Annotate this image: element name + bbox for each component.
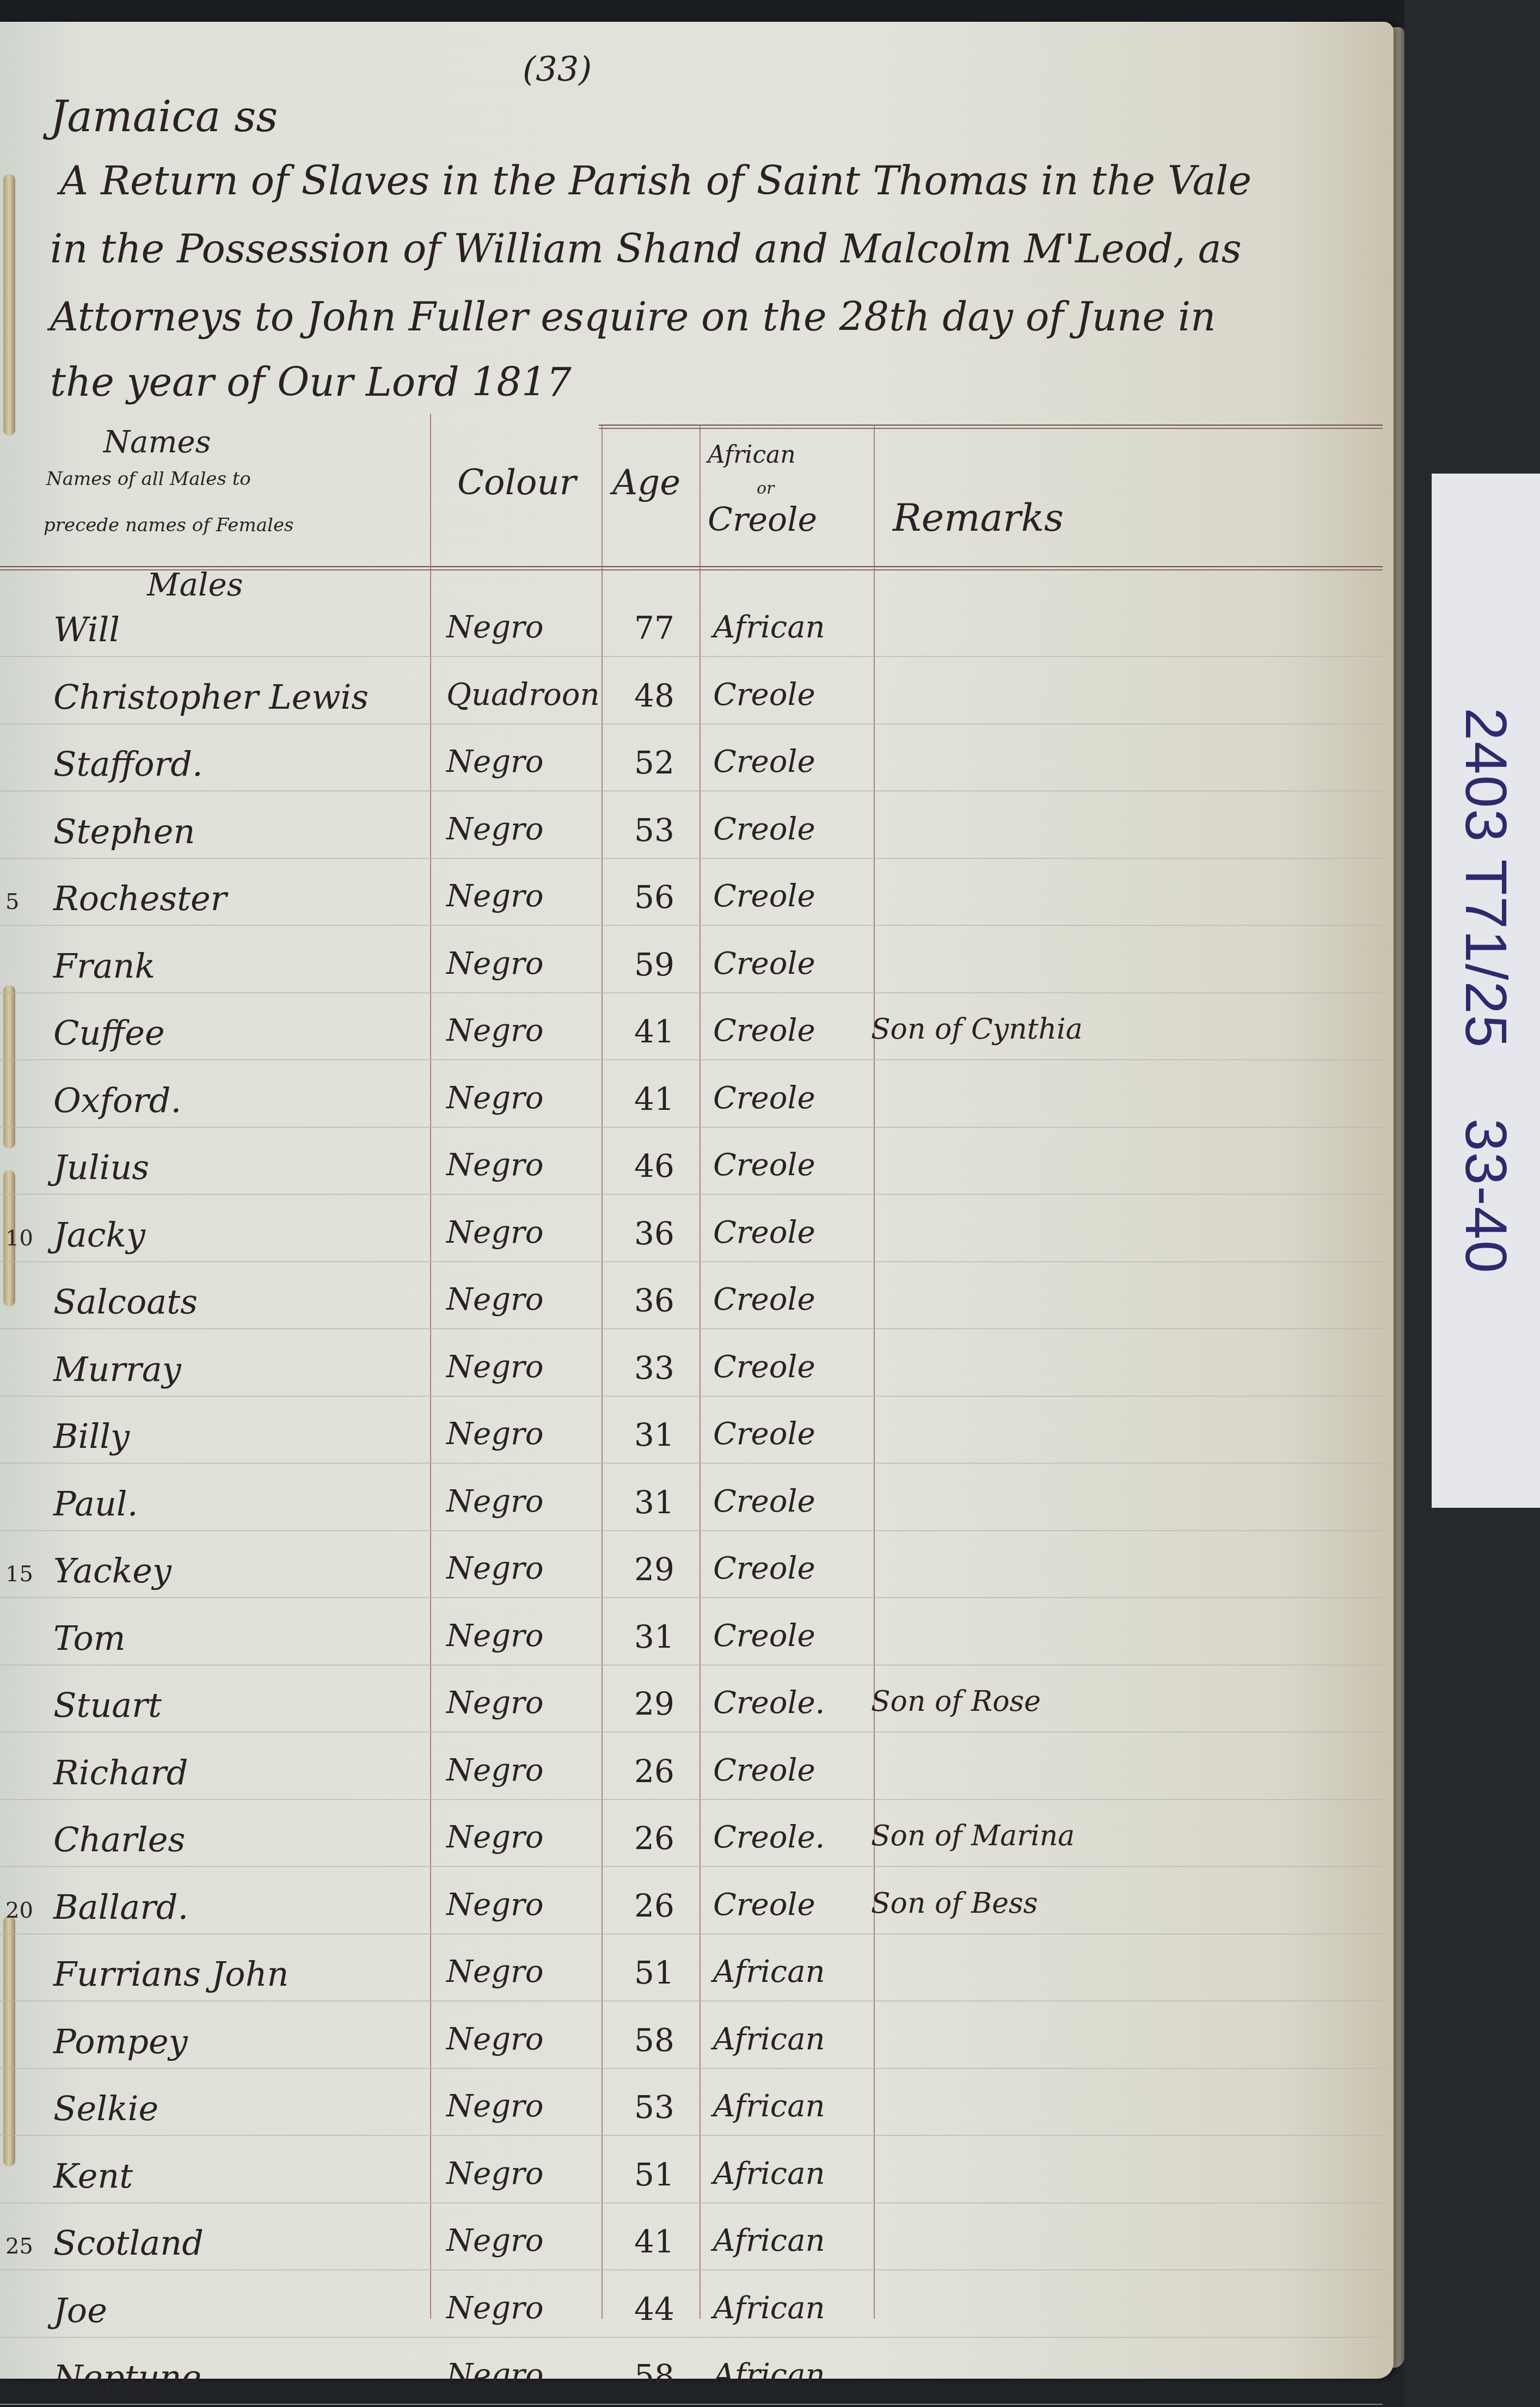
slave-origin: Creole [713,1618,815,1654]
slave-origin: African [713,610,825,645]
ruled-line [0,1665,1383,1666]
slave-colour: Negro [446,2156,543,2191]
slave-age: 41 [634,2223,674,2260]
column-divider [602,425,603,2319]
page-number: (33) [523,49,592,89]
ruled-line [0,1731,1383,1733]
ruled-line [0,1127,1383,1128]
slave-age: 44 [634,2291,674,2328]
slave-origin: African [713,2357,825,2393]
ruled-line [0,2135,1383,2136]
slave-name: Billy [53,1416,130,1456]
ledger-page: (33) Jamaica ss A Return of Slaves in th… [0,22,1394,2379]
ruled-line [0,656,1383,657]
slave-colour: Negro [446,2223,543,2258]
slave-name: Stephen [53,812,195,851]
slave-colour: Negro [446,2022,543,2057]
ruled-line [0,2404,1383,2405]
slave-colour: Negro [446,1349,543,1385]
slave-colour: Negro [446,1685,543,1721]
col-header-origin-3: Creole [708,501,817,539]
slave-colour: Negro [446,2357,543,2393]
slave-age: 29 [634,1685,674,1722]
slave-colour: Negro [446,1820,543,1855]
ruled-line [0,1261,1383,1262]
slave-age: 33 [634,1349,674,1386]
slave-origin: Creole [713,1147,815,1183]
slave-age: 77 [634,610,674,647]
slave-origin: African [713,2089,825,2124]
slave-age: 26 [634,1753,674,1790]
binding-thread [3,985,15,1149]
ruled-line [0,790,1383,791]
slave-origin: Creole [713,1887,815,1923]
slave-origin: Creole [713,1484,815,1519]
slave-origin: Creole [713,1013,815,1048]
slave-remark: Son of Marina [871,1820,1075,1852]
archive-reference: 2403 T71/25 [1453,708,1519,1049]
col-header-origin-1: African [708,441,796,469]
column-divider [430,414,431,2319]
heading-line-3: Attorneys to John Fuller esquire on the … [50,294,1216,340]
binding-thread [3,1916,15,2166]
column-divider [874,425,875,2319]
slave-name: Kent [53,2156,133,2196]
col-header-names-sub1: Names of all Males to [46,468,251,490]
slave-origin: Creole [713,1282,815,1317]
row-number: 20 [5,1898,33,1923]
slave-age: 46 [634,1147,674,1184]
slave-age: 36 [634,1215,674,1252]
ruled-line [0,723,1383,724]
slave-age: 31 [634,1484,674,1521]
slave-colour: Negro [446,2089,543,2124]
ruled-line [0,1463,1383,1464]
col-header-colour: Colour [457,463,576,503]
ruled-line [0,1799,1383,1800]
ruled-line [0,1933,1383,1935]
slave-age: 26 [634,1887,674,1924]
archive-pages: 33-40 [1453,1118,1519,1274]
slave-name: Murray [53,1349,181,1389]
slave-name: Rochester [53,879,226,918]
ruled-line [0,1866,1383,1867]
slave-colour: Negro [446,1484,543,1519]
slave-colour: Negro [446,1618,543,1654]
slave-colour: Negro [446,812,543,847]
slave-name: Stafford. [53,744,203,784]
ruled-line [0,2000,1383,2001]
slave-origin: African [713,2291,825,2326]
ruled-line [0,1328,1383,1329]
slave-origin: Creole [713,946,815,981]
slave-name: Charles [53,1820,185,1859]
slave-name: Ballard. [53,1887,188,1927]
slave-origin: Creole [713,744,815,779]
slave-colour: Negro [446,744,543,779]
heading-line-2: in the Possession of William Shand and M… [50,226,1242,272]
ruled-line [0,1530,1383,1531]
slave-origin: Creole [713,812,815,847]
slave-age: 53 [634,2089,674,2126]
row-number: 5 [5,889,19,914]
row-number: 15 [5,1562,33,1587]
header-top-rule [599,425,1383,429]
slave-age: 41 [634,1013,674,1050]
slave-colour: Negro [446,1954,543,1990]
slave-age: 51 [634,2156,674,2193]
slave-name: Julius [53,1147,149,1187]
slave-name: Scotland [53,2223,204,2263]
slave-origin: African [713,2223,825,2258]
section-label-males: Males [147,566,243,603]
slave-colour: Negro [446,1080,543,1116]
slave-age: 31 [634,1618,674,1655]
slave-age: 48 [634,677,674,714]
slave-name: Neptune .... [53,2357,255,2397]
ruled-line [0,2202,1383,2203]
slave-colour: Negro [446,879,543,914]
slave-colour: Negro [446,1013,543,1048]
slave-name: Pompey [53,2022,188,2061]
slave-name: Selkie [53,2089,158,2128]
slave-name: Frank [53,946,155,986]
col-header-age: Age [612,463,680,503]
slave-age: 31 [634,1416,674,1453]
slave-origin: Creole. [713,1685,825,1721]
slave-colour: Negro [446,2291,543,2326]
slave-remark: Son of Bess [871,1887,1038,1920]
slave-name: Jacky [53,1215,145,1255]
slave-origin: African [713,1954,825,1990]
slave-origin: Creole [713,677,815,713]
slave-colour: Quadroon [446,677,599,713]
slave-name: Stuart [53,1685,162,1725]
ruled-line [0,992,1383,993]
slave-origin: Creole. [713,1820,825,1855]
ruled-line [0,1194,1383,1195]
slave-remark: Son of Cynthia [871,1013,1083,1046]
slave-name: Tom [53,1618,126,1658]
slave-origin: Creole [713,1416,815,1452]
slave-origin: Creole [713,879,815,914]
slave-colour: Negro [446,1282,543,1317]
ruled-line [0,1597,1383,1598]
slave-origin: Creole [713,1215,815,1250]
slave-age: 51 [634,1954,674,1991]
slave-name: Paul. [53,1484,138,1524]
col-header-names: Names [103,425,211,460]
slave-origin: Creole [713,1551,815,1586]
ruled-line [0,2337,1383,2338]
row-number: 10 [5,1226,33,1251]
slave-name: Joe [53,2291,107,2330]
col-header-origin-2: or [757,479,774,498]
slave-age: 52 [634,744,674,781]
row-number: 25 [5,2234,33,2259]
slave-origin: Creole [713,1349,815,1385]
slave-origin: African [713,2156,825,2191]
slave-age: 56 [634,879,674,916]
slave-name: Cuffee [53,1013,165,1053]
col-header-remarks: Remarks [893,495,1064,540]
slave-colour: Negro [446,946,543,981]
binding-thread [3,174,15,435]
slave-age: 59 [634,946,674,983]
column-divider [700,425,701,2319]
slave-name: Furrians John [53,1954,289,1994]
heading-line-4: the year of Our Lord 1817 [50,359,572,405]
slave-colour: Negro [446,1416,543,1452]
slave-colour: Negro [446,610,543,645]
slave-name: Yackey [53,1551,171,1591]
slave-colour: Negro [446,1551,543,1586]
slave-age: 29 [634,1551,674,1588]
slave-remark: Son of Rose [871,1685,1041,1718]
slave-colour: Negro [446,1147,543,1183]
archive-reference-label: 2403 T71/25 33-40 [1437,474,1535,1508]
slave-colour: Negro [446,1887,543,1923]
ruled-line [0,925,1383,926]
ruled-line [0,2269,1383,2270]
slave-origin: Creole [713,1080,815,1116]
slave-name: Richard [53,1753,188,1792]
heading-line-1: A Return of Slaves in the Parish of Sain… [60,158,1251,204]
slave-name: Will [53,610,120,649]
heading-place: Jamaica ss [50,93,278,142]
slave-name: Oxford. [53,1080,181,1120]
slave-age: 58 [634,2022,674,2059]
ruled-line [0,1059,1383,1060]
slave-colour: Negro [446,1215,543,1250]
slave-age: 36 [634,1282,674,1319]
slave-name: Salcoats [53,1282,198,1322]
slave-origin: Creole [713,1753,815,1788]
slave-origin: African [713,2022,825,2057]
slave-age: 58 [634,2357,674,2394]
ruled-line [0,1396,1383,1397]
ruled-line [0,858,1383,859]
col-header-names-sub2: precede names of Females [44,514,293,536]
slave-age: 41 [634,1080,674,1117]
ruled-line [0,2068,1383,2069]
slave-age: 53 [634,812,674,849]
slave-colour: Negro [446,1753,543,1788]
slave-name: Christopher Lewis [53,677,369,717]
slave-age: 26 [634,1820,674,1857]
